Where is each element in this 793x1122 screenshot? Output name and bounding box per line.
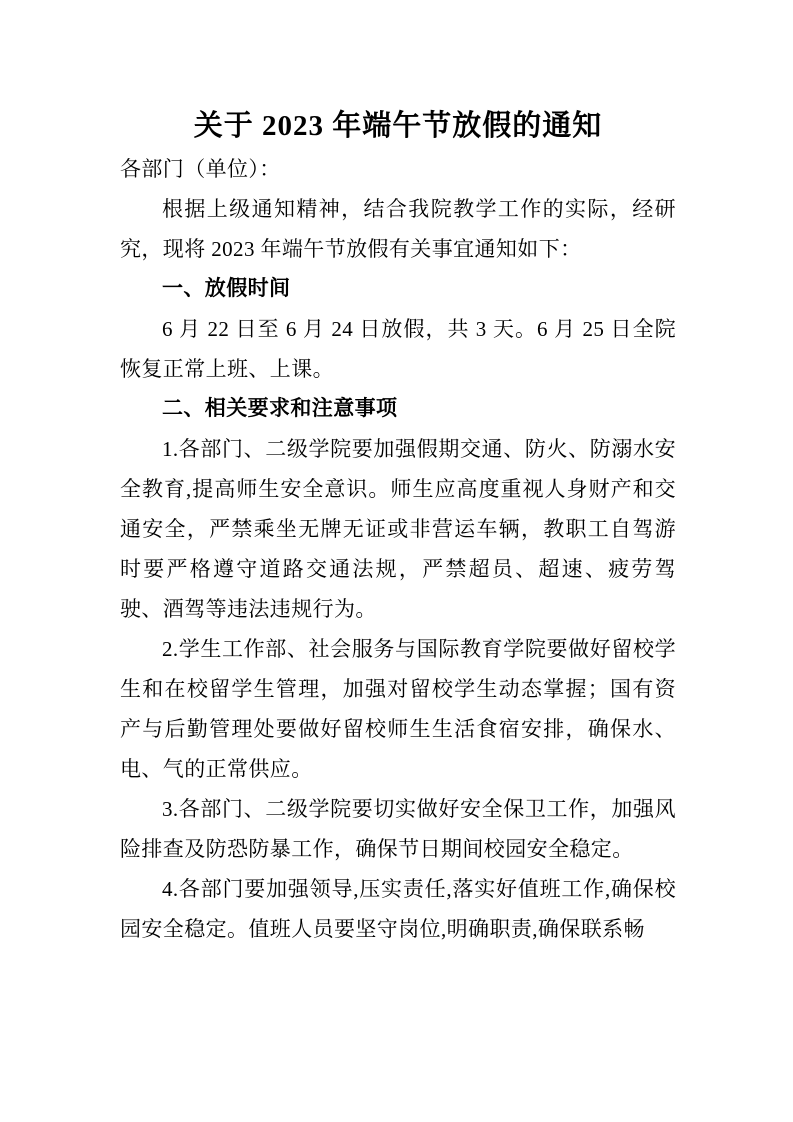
section-2-item-1: 1.各部门、二级学院要加强假期交通、防火、防溺水安全教育,提高师生安全意识。师生… (120, 429, 676, 629)
section-1-paragraph: 6 月 22 日至 6 月 24 日放假，共 3 天。6 月 25 日全院恢复正… (120, 309, 676, 389)
salutation: 各部门（单位）： (120, 149, 676, 189)
document-content: 关于 2023 年端午节放假的通知 各部门（单位）： 根据上级通知精神，结合我院… (120, 0, 676, 949)
section-2-item-3: 3.各部门、二级学院要切实做好安全保卫工作，加强风险排查及防恐防暴工作，确保节日… (120, 789, 676, 869)
section-2-item-4: 4.各部门要加强领导,压实责任,落实好值班工作,确保校园安全稳定。值班人员要坚守… (120, 869, 676, 949)
section-2-heading: 二、相关要求和注意事项 (120, 389, 676, 429)
section-2-item-2: 2.学生工作部、社会服务与国际教育学院要做好留校学生和在校留学生管理，加强对留校… (120, 629, 676, 789)
document-title: 关于 2023 年端午节放假的通知 (120, 0, 676, 149)
document-page: 关于 2023 年端午节放假的通知 各部门（单位）： 根据上级通知精神，结合我院… (0, 0, 793, 1122)
intro-paragraph: 根据上级通知精神，结合我院教学工作的实际，经研究，现将 2023 年端午节放假有… (120, 189, 676, 269)
section-1-heading: 一、放假时间 (120, 269, 676, 309)
